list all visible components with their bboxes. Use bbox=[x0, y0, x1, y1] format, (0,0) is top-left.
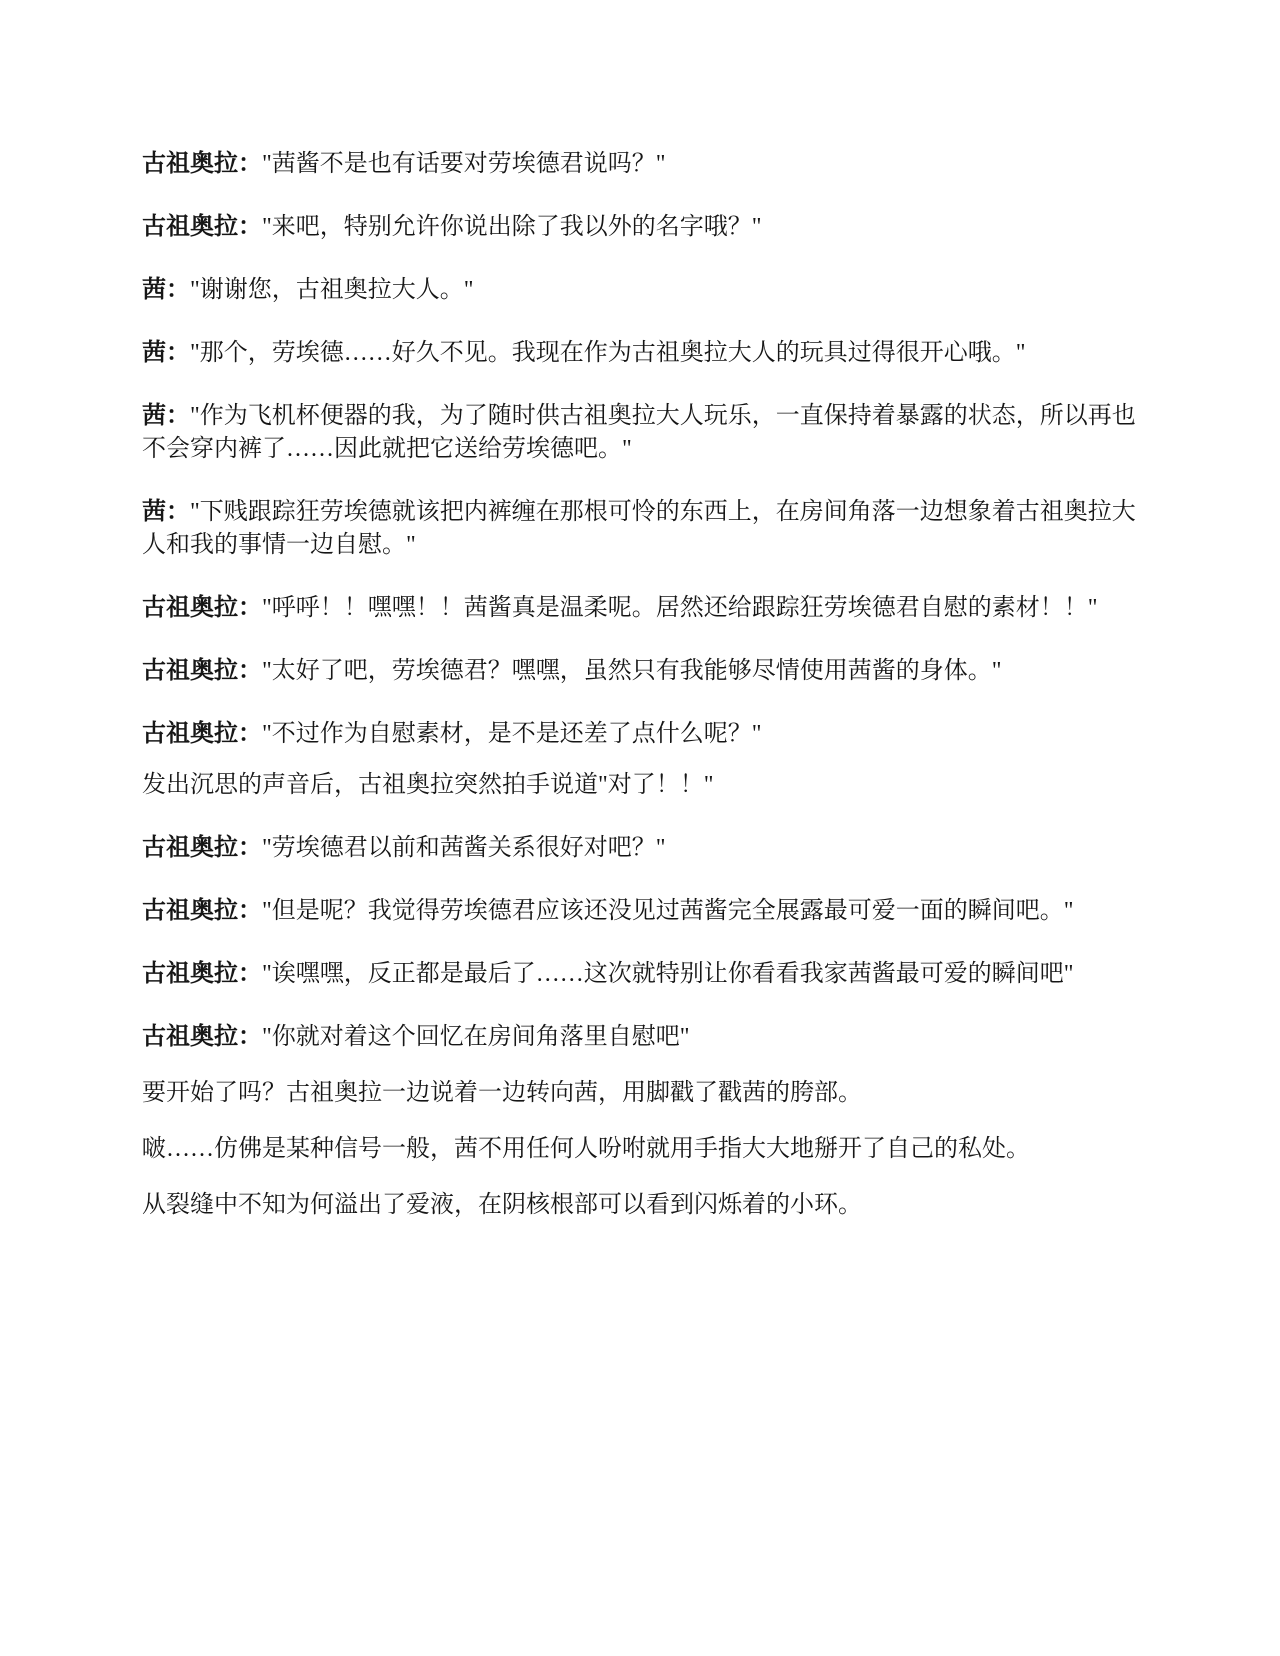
dialogue-paragraph: 古祖奥拉："来吧，特别允许你说出除了我以外的名字哦？" bbox=[142, 211, 1140, 244]
dialogue-text: "茜酱不是也有话要对劳埃德君说吗？" bbox=[262, 151, 666, 177]
speaker-name: 古祖奥拉： bbox=[142, 595, 262, 621]
dialogue-paragraph: 古祖奥拉："你就对着这个回忆在房间角落里自慰吧" bbox=[142, 1021, 1140, 1054]
dialogue-text: "谢谢您，古祖奥拉大人。" bbox=[190, 277, 474, 303]
speaker-name: 古祖奥拉： bbox=[142, 961, 262, 987]
dialogue-paragraph: 古祖奥拉："不过作为自慰素材，是不是还差了点什么呢？" bbox=[142, 718, 1140, 751]
speaker-name: 茜： bbox=[142, 499, 190, 525]
dialogue-paragraph: 古祖奥拉："呼呼！！嘿嘿！！茜酱真是温柔呢。居然还给跟踪狂劳埃德君自慰的素材！！… bbox=[142, 592, 1140, 625]
dialogue-text: "来吧，特别允许你说出除了我以外的名字哦？" bbox=[262, 214, 762, 240]
narration-paragraph: 从裂缝中不知为何溢出了爱液，在阴核根部可以看到闪烁着的小环。 bbox=[142, 1189, 1140, 1222]
dialogue-text: "诶嘿嘿，反正都是最后了……这次就特别让你看看我家茜酱最可爱的瞬间吧" bbox=[262, 961, 1074, 987]
dialogue-text: "太好了吧，劳埃德君？嘿嘿，虽然只有我能够尽情使用茜酱的身体。" bbox=[262, 658, 1002, 684]
dialogue-paragraph: 茜："那个，劳埃德……好久不见。我现在作为古祖奥拉大人的玩具过得很开心哦。" bbox=[142, 337, 1140, 370]
dialogue-text: "不过作为自慰素材，是不是还差了点什么呢？" bbox=[262, 721, 762, 747]
dialogue-paragraph: 古祖奥拉："茜酱不是也有话要对劳埃德君说吗？" bbox=[142, 148, 1140, 181]
dialogue-paragraph: 古祖奥拉："诶嘿嘿，反正都是最后了……这次就特别让你看看我家茜酱最可爱的瞬间吧" bbox=[142, 958, 1140, 991]
dialogue-text: "但是呢？我觉得劳埃德君应该还没见过茜酱完全展露最可爱一面的瞬间吧。" bbox=[262, 898, 1074, 924]
dialogue-text: "你就对着这个回忆在房间角落里自慰吧" bbox=[262, 1024, 690, 1050]
dialogue-paragraph: 古祖奥拉："劳埃德君以前和茜酱关系很好对吧？" bbox=[142, 832, 1140, 865]
narration-paragraph: 要开始了吗？古祖奥拉一边说着一边转向茜，用脚戳了戳茜的胯部。 bbox=[142, 1077, 1140, 1110]
speaker-name: 古祖奥拉： bbox=[142, 721, 262, 747]
narration-text: 从裂缝中不知为何溢出了爱液，在阴核根部可以看到闪烁着的小环。 bbox=[142, 1192, 862, 1218]
narration-paragraph: 啵……仿佛是某种信号一般，茜不用任何人吩咐就用手指大大地掰开了自己的私处。 bbox=[142, 1133, 1140, 1166]
speaker-name: 古祖奥拉： bbox=[142, 1024, 262, 1050]
narration-paragraph: 发出沉思的声音后，古祖奥拉突然拍手说道"对了！！" bbox=[142, 769, 1140, 802]
speaker-name: 茜： bbox=[142, 403, 190, 429]
dialogue-paragraph: 古祖奥拉："但是呢？我觉得劳埃德君应该还没见过茜酱完全展露最可爱一面的瞬间吧。" bbox=[142, 895, 1140, 928]
dialogue-text: "呼呼！！嘿嘿！！茜酱真是温柔呢。居然还给跟踪狂劳埃德君自慰的素材！！" bbox=[262, 595, 1098, 621]
dialogue-paragraph: 茜："谢谢您，古祖奥拉大人。" bbox=[142, 274, 1140, 307]
dialogue-text: "下贱跟踪狂劳埃德就该把内裤缠在那根可怜的东西上，在房间角落一边想象着古祖奥拉大… bbox=[142, 499, 1136, 558]
speaker-name: 茜： bbox=[142, 277, 190, 303]
document-page: 古祖奥拉："茜酱不是也有话要对劳埃德君说吗？" 古祖奥拉："来吧，特别允许你说出… bbox=[0, 0, 1280, 1656]
speaker-name: 古祖奥拉： bbox=[142, 151, 262, 177]
speaker-name: 古祖奥拉： bbox=[142, 214, 262, 240]
dialogue-text: "那个，劳埃德……好久不见。我现在作为古祖奥拉大人的玩具过得很开心哦。" bbox=[190, 340, 1026, 366]
speaker-name: 茜： bbox=[142, 340, 190, 366]
dialogue-text: "劳埃德君以前和茜酱关系很好对吧？" bbox=[262, 835, 666, 861]
narration-text: 发出沉思的声音后，古祖奥拉突然拍手说道"对了！！" bbox=[142, 772, 714, 798]
dialogue-text: "作为飞机杯便器的我，为了随时供古祖奥拉大人玩乐，一直保持着暴露的状态，所以再也… bbox=[142, 403, 1136, 462]
speaker-name: 古祖奥拉： bbox=[142, 658, 262, 684]
speaker-name: 古祖奥拉： bbox=[142, 898, 262, 924]
dialogue-paragraph: 古祖奥拉："太好了吧，劳埃德君？嘿嘿，虽然只有我能够尽情使用茜酱的身体。" bbox=[142, 655, 1140, 688]
dialogue-paragraph: 茜："下贱跟踪狂劳埃德就该把内裤缠在那根可怜的东西上，在房间角落一边想象着古祖奥… bbox=[142, 496, 1140, 562]
speaker-name: 古祖奥拉： bbox=[142, 835, 262, 861]
narration-text: 啵……仿佛是某种信号一般，茜不用任何人吩咐就用手指大大地掰开了自己的私处。 bbox=[142, 1136, 1030, 1162]
dialogue-paragraph: 茜："作为飞机杯便器的我，为了随时供古祖奥拉大人玩乐，一直保持着暴露的状态，所以… bbox=[142, 400, 1140, 466]
narration-text: 要开始了吗？古祖奥拉一边说着一边转向茜，用脚戳了戳茜的胯部。 bbox=[142, 1080, 862, 1106]
